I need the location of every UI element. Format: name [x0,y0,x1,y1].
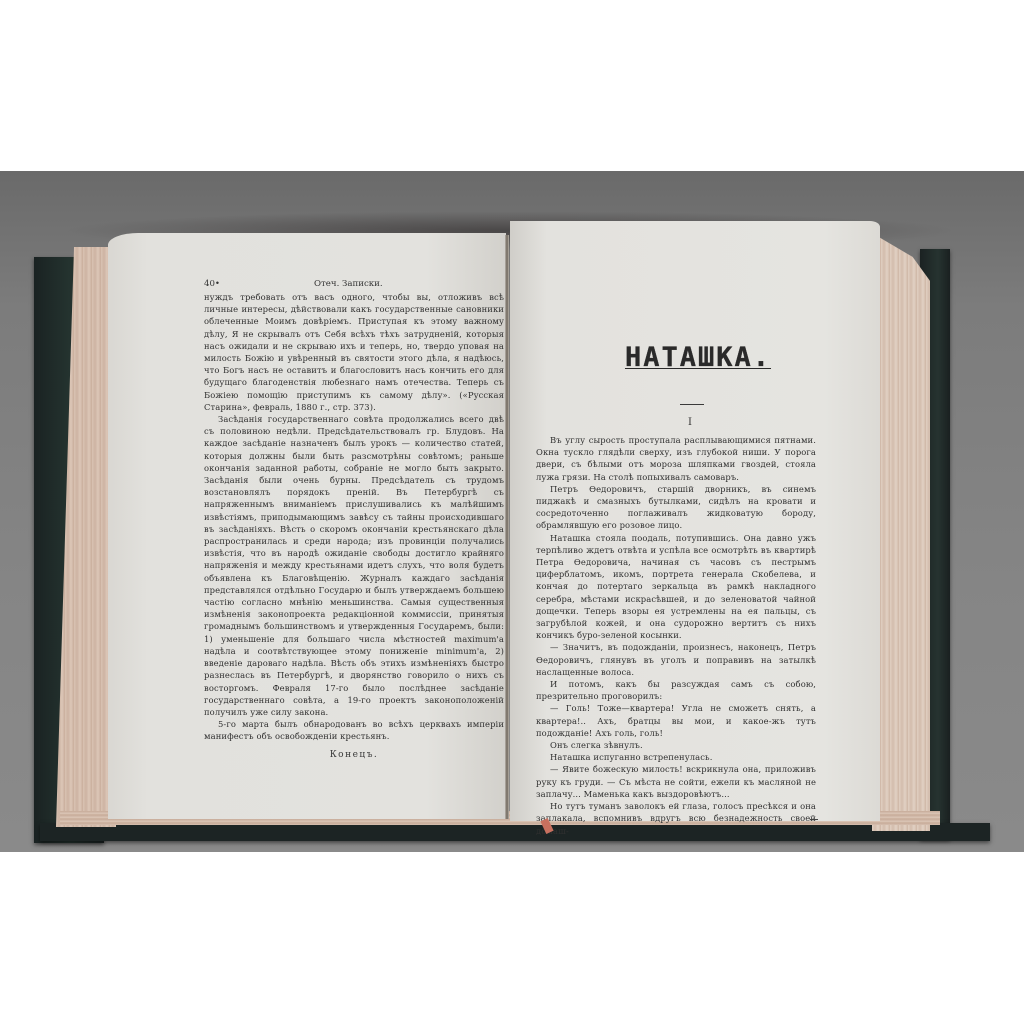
right-page: НАТАШКА. I Въ углу сырость проступала ра… [510,221,880,821]
title-divider [680,404,704,405]
right-page-body: Въ углу сырость проступала расплывающими… [536,434,816,837]
paragraph: — Явите божескую милость! вскрикнула она… [536,763,816,800]
paragraph: нуждъ требовать отъ васъ одного, чтобы в… [204,291,504,413]
book-gutter [505,235,509,819]
paragraph: 5-го марта былъ обнародованъ во всѣхъ це… [204,718,504,742]
left-page: 40• Отеч. Записки. нуждъ требовать отъ в… [108,233,506,819]
left-page-body: нуждъ требовать отъ васъ одного, чтобы в… [204,291,504,743]
chapter-number: I [660,417,720,428]
catchword-dash [810,819,818,820]
page-number: 40• [204,279,220,289]
paragraph: — Значитъ, въ подожданіи, произнесъ, нак… [536,641,816,678]
paragraph: Онъ слегка зѣвнулъ. [536,739,816,751]
paragraph: Въ углу сырость проступала расплывающими… [536,434,816,483]
paragraph: Но тутъ туманъ заволокъ ей глаза, голосъ… [536,800,816,837]
paragraph: Наташка испуганно встрепенулась. [536,751,816,763]
closing-word: Конецъ. [204,750,504,760]
story-title: НАТАШКА. [538,342,858,373]
page-block-right-edge [872,233,930,831]
paragraph: Петръ Өедоровичъ, старшій дворникъ, въ с… [536,483,816,532]
book-photo: 40• Отеч. Записки. нуждъ требовать отъ в… [0,171,1024,852]
paragraph: И потомъ, какъ бы разсуждая самъ съ собо… [536,678,816,702]
paragraph: — Голь! Тоже—квартера! Угла не сможетъ с… [536,702,816,739]
running-head: Отеч. Записки. [314,279,383,289]
book-cover-bottom [40,823,990,841]
paragraph: Засѣданія государственнаго совѣта продол… [204,413,504,718]
paragraph: Наташка стояла поодаль, потупившись. Она… [536,532,816,642]
left-page-header: 40• Отеч. Записки. [204,279,494,289]
